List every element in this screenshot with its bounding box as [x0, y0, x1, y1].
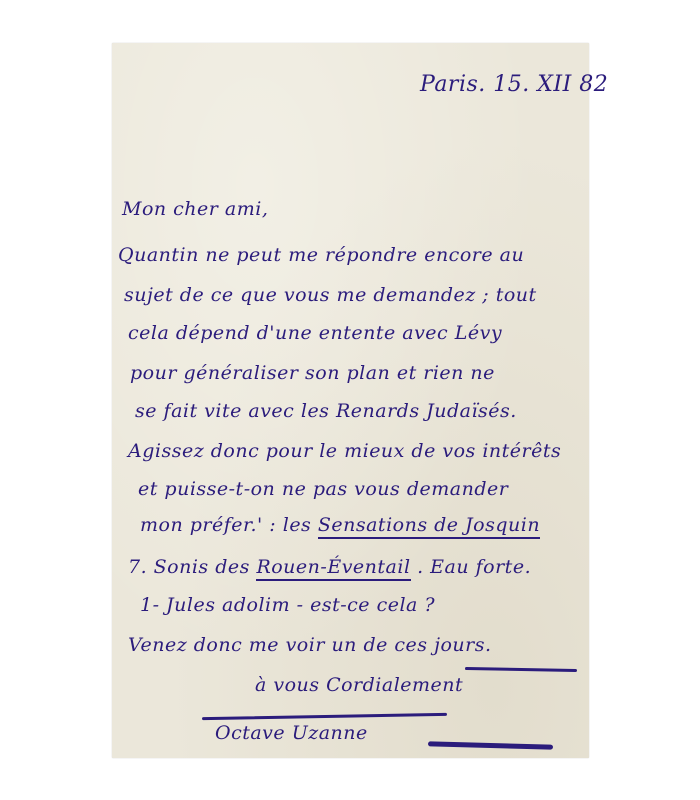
salutation: Mon cher ami, — [122, 198, 268, 220]
body-line-6: Agissez donc pour le mieux de vos intérê… — [128, 440, 561, 462]
body-line-7: et puisse-t-on ne pas vous demander — [138, 478, 508, 500]
underlined-title-josquin: Sensations de Josquin — [318, 514, 540, 539]
body-line-10: 1- Jules adolim - est-ce cela ? — [140, 594, 435, 616]
body-line-8-text: mon préfer.' : les — [140, 514, 311, 536]
body-line-5: se fait vite avec les Renards Judaïsés. — [135, 400, 517, 422]
body-line-9-tail: . Eau forte. — [417, 556, 531, 578]
body-line-9-text: 7. Sonis des — [128, 556, 250, 578]
closing: à vous Cordialement — [255, 674, 463, 696]
underlined-title-rouen: Rouen-Éventail — [256, 556, 410, 581]
body-line-11: Venez donc me voir un de ces jours. — [128, 634, 492, 656]
body-line-3: cela dépend d'une entente avec Lévy — [128, 322, 502, 344]
dateline: Paris. 15. XII 82 — [420, 72, 608, 97]
body-line-8: mon préfer.' : les Sensations de Josquin — [140, 514, 540, 536]
body-line-9: 7. Sonis des Rouen-Éventail . Eau forte. — [128, 556, 531, 578]
body-line-1: Quantin ne peut me répondre encore au — [118, 244, 524, 266]
body-line-4: pour généraliser son plan et rien ne — [130, 362, 495, 384]
signature: Octave Uzanne — [215, 722, 368, 744]
body-line-2: sujet de ce que vous me demandez ; tout — [124, 284, 537, 306]
